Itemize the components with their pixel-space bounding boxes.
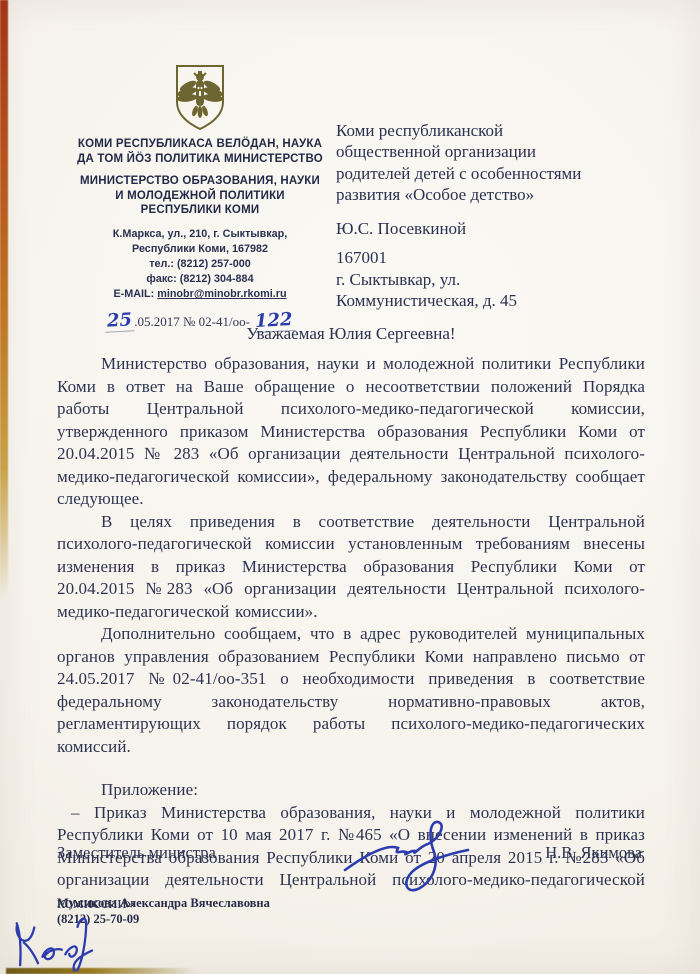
addressee-org-line3: родителей детей с особенностями [336, 163, 648, 184]
handwritten-corner-note-ink [1, 907, 97, 974]
addressee-org-line2: общественной организации [336, 141, 648, 162]
paragraph-2: В целях приведения в соответствие деятел… [57, 511, 645, 624]
attachment-label: Приложение: [57, 779, 645, 802]
email-label: E-MAIL: [113, 288, 157, 300]
scanned-letter-page: КОМИ РЕСПУБЛИКАСА ВЕЛÖДАН, НАУКА ДА ТОМ … [0, 0, 700, 974]
salutation: Уважаемая Юлия Сергеевна! [57, 324, 645, 344]
addressee-org-line4: развития «Особое детство» [336, 184, 648, 205]
ministry-phone-line: тел.: (8212) 257-000 [52, 257, 348, 272]
addressee-address-line2: Коммунистическая, д. 45 [336, 290, 648, 311]
ministry-email-line: E-MAIL: minobr@minobr.rkomi.ru [52, 287, 348, 302]
ministry-name-komi-line1: КОМИ РЕСПУБЛИКАСА ВЕЛÖДАН, НАУКА [52, 137, 348, 152]
ministry-name-komi: КОМИ РЕСПУБЛИКАСА ВЕЛÖДАН, НАУКА ДА ТОМ … [52, 137, 348, 167]
ministry-street-line: К.Маркса, ул., 210, г. Сыктывкар, [52, 227, 348, 242]
addressee-org-line1: Коми республиканской [336, 120, 648, 141]
ministry-email: minobr@minobr.rkomi.ru [157, 288, 286, 300]
ministry-name-ru: МИНИСТЕРСТВО ОБРАЗОВАНИЯ, НАУКИ И МОЛОДЕ… [52, 174, 348, 218]
signer-position: Заместитель министра [57, 843, 216, 863]
ministry-fax-line: факс: (8212) 304-884 [52, 272, 348, 287]
addressee-postal-code: 167001 [336, 247, 648, 268]
ministry-region-line: Республики Коми, 167982 [52, 242, 348, 257]
ministry-contact-block: К.Маркса, ул., 210, г. Сыктывкар, Респуб… [52, 227, 348, 303]
paragraph-1: Министерство образования, науки и молоде… [57, 353, 645, 511]
paragraph-3: Дополнительно сообщаем, что в адрес руко… [57, 623, 645, 758]
komi-coat-of-arms-icon [172, 62, 228, 134]
ministry-name-komi-line2: ДА ТОМ ЙÖЗ ПОЛИТИКА МИНИСТЕРСТВО [52, 152, 348, 167]
signer-name: Н.В. Якимова [545, 843, 642, 863]
addressee-address-line1: г. Сыктывкар, ул. [336, 269, 648, 290]
ministry-name-ru-line3: РЕСПУБЛИКИ КОМИ [52, 203, 348, 218]
book-edge-strip [0, 0, 8, 600]
addressee-person: Ю.С. Посевкиной [336, 218, 648, 239]
letterhead: КОМИ РЕСПУБЛИКАСА ВЕЛÖДАН, НАУКА ДА ТОМ … [52, 62, 348, 332]
ministry-name-ru-line2: И МОЛОДЕЖНОЙ ПОЛИТИКИ [52, 189, 348, 204]
minister-signature-ink [340, 818, 490, 896]
addressee-block: Коми республиканской общественной органи… [336, 120, 648, 311]
ministry-name-ru-line1: МИНИСТЕРСТВО ОБРАЗОВАНИЯ, НАУКИ [52, 174, 348, 189]
